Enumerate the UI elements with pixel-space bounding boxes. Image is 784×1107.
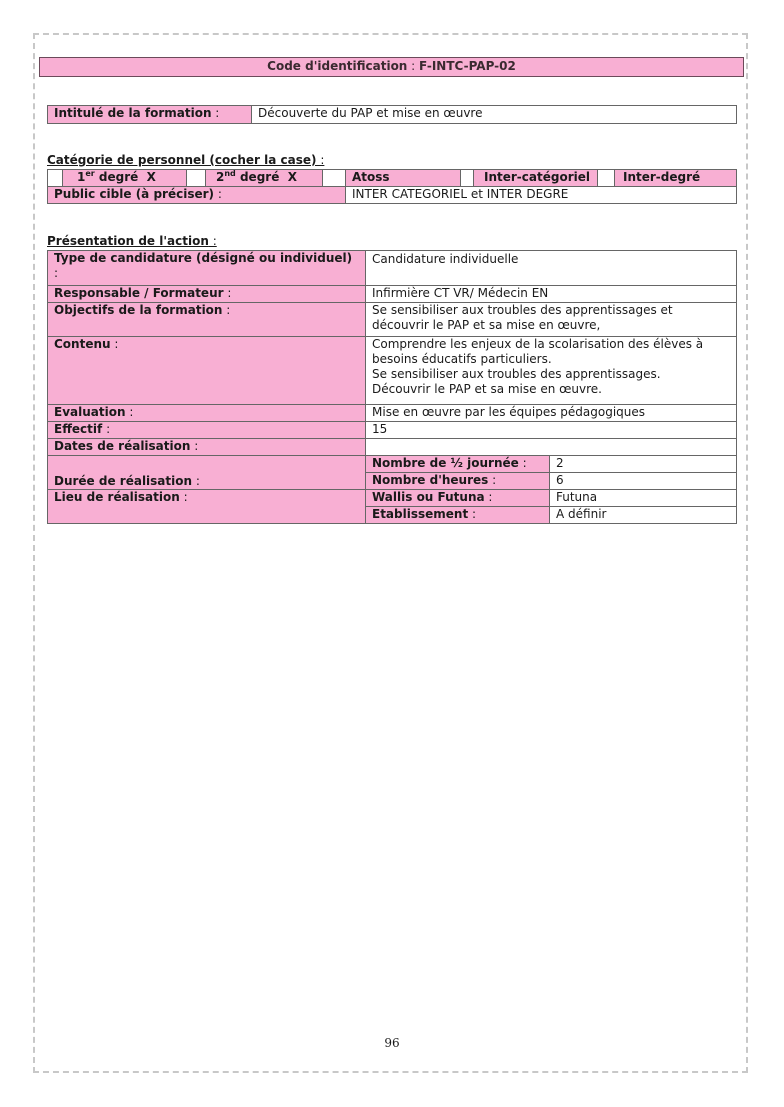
duree-demi-journee-label: Nombre de ½ journée : (366, 456, 550, 473)
row-contenu-label: Contenu : (48, 337, 366, 405)
row-dates-value (366, 439, 737, 456)
row-evaluation-label: Evaluation : (48, 405, 366, 422)
row-type-candidature-label: Type de candidature (désigné ou individu… (48, 251, 366, 286)
duree-demi-journee-value: 2 (550, 456, 737, 473)
contenu-line-3: Découvrir le PAP et sa mise en œuvre. (372, 382, 730, 397)
identification-code-banner: Code d'identification : F-INTC-PAP-02 (39, 57, 744, 77)
checkbox-inter-categoriel[interactable] (461, 170, 474, 187)
public-cible-label-cell: Public cible (à préciser) : (48, 187, 346, 204)
lieu-wallis-futuna-label: Wallis ou Futuna : (366, 490, 550, 507)
intitule-label-cell: Intitulé de la formation : (48, 106, 252, 124)
duree-heures-value: 6 (550, 473, 737, 490)
lieu-wallis-futuna-value: Futuna (550, 490, 737, 507)
row-effectif-label: Effectif : (48, 422, 366, 439)
row-contenu-value: Comprendre les enjeux de la scolarisatio… (366, 337, 737, 405)
presentation-title: Présentation de l'action : (47, 234, 217, 249)
intitule-table: Intitulé de la formation : Découverte du… (47, 105, 737, 124)
checkbox-1er-degre[interactable] (48, 170, 63, 187)
categorie-title: Catégorie de personnel (cocher la case) … (47, 153, 324, 168)
checkbox-inter-degre[interactable] (598, 170, 615, 187)
contenu-line-1: Comprendre les enjeux de la scolarisatio… (372, 337, 730, 367)
code-label: Code d'identification (267, 59, 407, 73)
checkbox-2nd-degre[interactable] (187, 170, 206, 187)
row-duree-label: Durée de réalisation : (48, 456, 366, 490)
intitule-label: Intitulé de la formation (54, 106, 211, 120)
option-inter-categoriel: Inter-catégoriel (474, 170, 598, 187)
row-objectifs-value: Se sensibiliser aux troubles des apprent… (366, 303, 737, 337)
contenu-line-2: Se sensibiliser aux troubles des apprent… (372, 367, 730, 382)
row-dates-label: Dates de réalisation : (48, 439, 366, 456)
checkbox-atoss[interactable] (323, 170, 346, 187)
row-effectif-value: 15 (366, 422, 737, 439)
lieu-etablissement-value: A définir (550, 507, 737, 524)
public-cible-value: INTER CATEGORIEL et INTER DEGRE (346, 187, 737, 204)
intitule-value: Découverte du PAP et mise en œuvre (252, 106, 737, 124)
row-responsable-label: Responsable / Formateur : (48, 286, 366, 303)
row-responsable-value: Infirmière CT VR/ Médecin EN (366, 286, 737, 303)
option-atoss: Atoss (346, 170, 461, 187)
option-inter-degre: Inter-degré (615, 170, 737, 187)
row-lieu-label: Lieu de réalisation : (48, 490, 366, 524)
code-value: F-INTC-PAP-02 (419, 59, 516, 73)
option-2nd-degre: 2nd degré X (206, 170, 323, 187)
code-colon: : (407, 59, 419, 73)
row-type-candidature-value: Candidature individuelle (366, 251, 737, 286)
lieu-etablissement-label: Etablissement : (366, 507, 550, 524)
page-number: 96 (0, 1036, 784, 1050)
duree-heures-label: Nombre d'heures : (366, 473, 550, 490)
option-1er-degre: 1er degré X (63, 170, 187, 187)
presentation-table: Type de candidature (désigné ou individu… (47, 250, 737, 524)
row-objectifs-label: Objectifs de la formation : (48, 303, 366, 337)
public-cible-label: Public cible (à préciser) (54, 187, 214, 201)
categorie-table: 1er degré X 2nd degré X Atoss Inter-caté… (47, 169, 737, 204)
row-evaluation-value: Mise en œuvre par les équipes pédagogiqu… (366, 405, 737, 422)
